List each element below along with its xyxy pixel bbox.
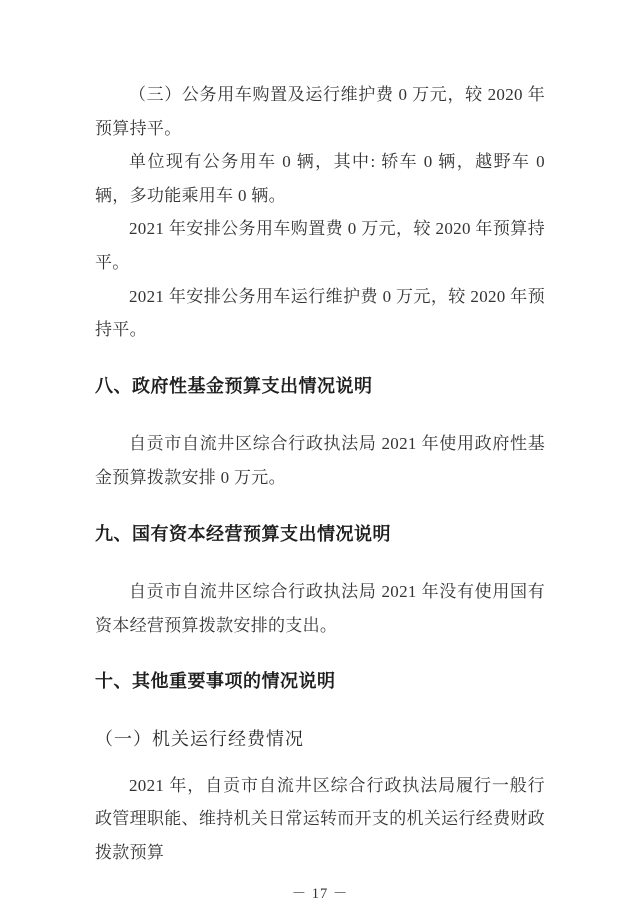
subsection-1-heading: （一）机关运行经费情况 [95, 723, 545, 757]
section-9-heading: 九、国有资本经营预算支出情况说明 [95, 518, 545, 552]
section-8-body: 自贡市自流井区综合行政执法局 2021 年使用政府性基金预算拨款安排 0 万元。 [95, 427, 545, 494]
document-page: （三）公务用车购置及运行维护费 0 万元，较 2020 年预算持平。 单位现有公… [0, 0, 640, 906]
vehicle-cost-paragraph: （三）公务用车购置及运行维护费 0 万元，较 2020 年预算持平。 [95, 78, 545, 145]
section-8-heading: 八、政府性基金预算支出情况说明 [95, 370, 545, 404]
section-10-heading: 十、其他重要事项的情况说明 [95, 665, 545, 699]
section-9-body: 自贡市自流井区综合行政执法局 2021 年没有使用国有资本经营预算拨款安排的支出… [95, 575, 545, 642]
vehicle-maintenance-paragraph: 2021 年安排公务用车运行维护费 0 万元，较 2020 年预持平。 [95, 280, 545, 347]
vehicle-purchase-paragraph: 2021 年安排公务用车购置费 0 万元，较 2020 年预算持平。 [95, 212, 545, 279]
subsection-1-body: 2021 年，自贡市自流井区综合行政执法局履行一般行政管理职能、维持机关日常运转… [95, 769, 545, 870]
page-number: － 17 － [95, 883, 545, 905]
vehicle-count-paragraph: 单位现有公务用车 0 辆，其中: 轿车 0 辆，越野车 0 辆，多功能乘用车 0… [95, 145, 545, 212]
